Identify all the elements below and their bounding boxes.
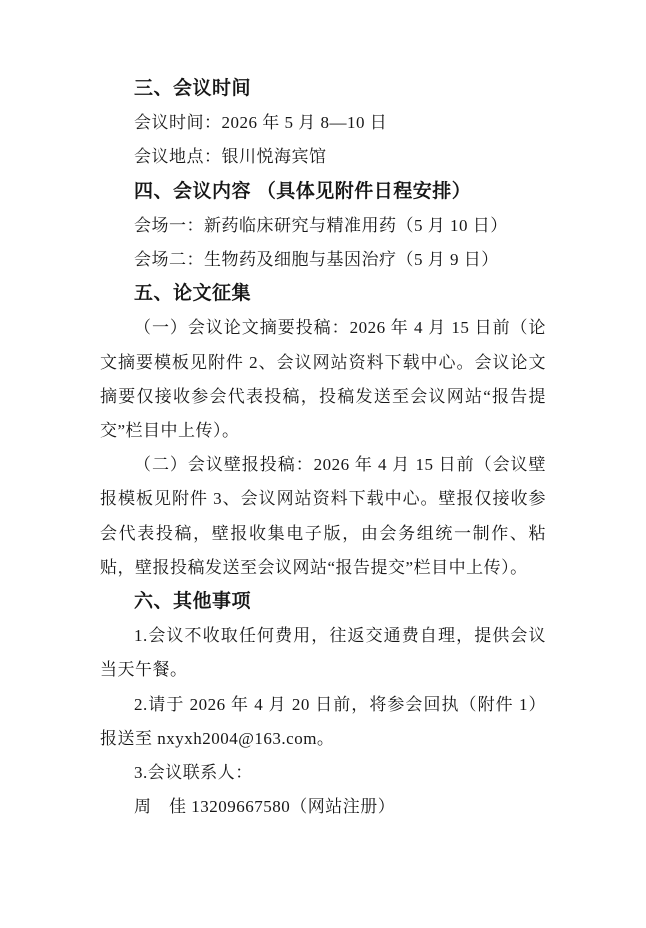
section-heading-meeting-time: 三、会议时间 — [100, 72, 546, 106]
poster-submission-paragraph: （二）会议壁报投稿：2026 年 4 月 15 日前（会议壁报模板见附件 3、会… — [100, 448, 546, 585]
contact-person-line: 周 佳 13209667580（网站注册） — [100, 790, 546, 824]
abstract-submission-paragraph: （一）会议论文摘要投稿：2026 年 4 月 15 日前（论文摘要模板见附件 2… — [100, 311, 546, 448]
fees-paragraph: 1.会议不收取任何费用，往返交通费自理，提供会议当天午餐。 — [100, 619, 546, 687]
session-2-line: 会场二：生物药及细胞与基因治疗（5 月 9 日） — [100, 243, 546, 277]
section-heading-paper-solicitation: 五、论文征集 — [100, 277, 546, 311]
document-page: 三、会议时间 会议时间：2026 年 5 月 8—10 日 会议地点：银川悦海宾… — [0, 0, 646, 928]
meeting-time-line: 会议时间：2026 年 5 月 8—10 日 — [100, 106, 546, 140]
section-heading-other-matters: 六、其他事项 — [100, 585, 546, 619]
reply-form-paragraph: 2.请于 2026 年 4 月 20 日前，将参会回执（附件 1）报送至 nxy… — [100, 688, 546, 756]
meeting-venue-line: 会议地点：银川悦海宾馆 — [100, 140, 546, 174]
section-heading-meeting-content: 四、会议内容 （具体见附件日程安排） — [100, 175, 546, 209]
session-1-line: 会场一：新药临床研究与精准用药（5 月 10 日） — [100, 209, 546, 243]
document-content: 三、会议时间 会议时间：2026 年 5 月 8—10 日 会议地点：银川悦海宾… — [100, 72, 546, 824]
contact-intro-line: 3.会议联系人： — [100, 756, 546, 790]
